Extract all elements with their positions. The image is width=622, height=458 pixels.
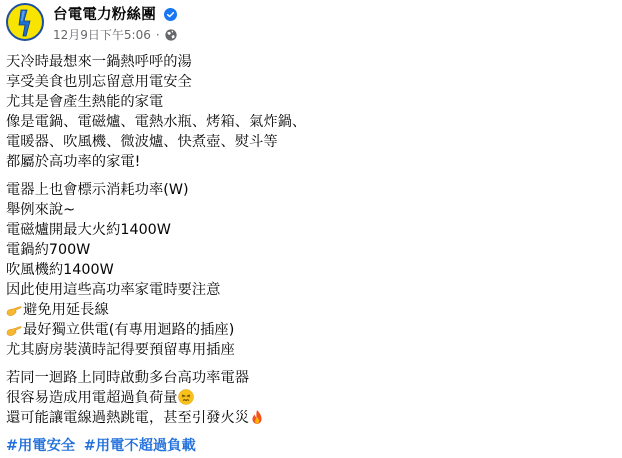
text-line: 吹風機約1400W (6, 260, 606, 280)
fire-emoji-icon (249, 409, 265, 425)
page-name[interactable]: 台電電力粉絲團 (53, 6, 156, 24)
text-line: 若同一迴路上同時啟動多台高功率電器 (6, 368, 606, 388)
lightning-bolt-icon (8, 5, 42, 39)
text-line: 都屬於高功率的家電! (6, 152, 606, 172)
meta-separator: · (156, 27, 160, 43)
text-line: 因此使用這些高功率家電時要注意 (6, 280, 606, 300)
text-line: 電暖器、吹風機、微波爐、快煮壺、熨斗等 (6, 132, 606, 152)
hashtag-link[interactable]: #用電不超過負載 (84, 438, 196, 454)
paragraph-2: 電器上也會標示消耗功率(W) 舉例來說~ 電磁爐開最大火約1400W 電鍋約70… (6, 180, 606, 360)
hashtag-link[interactable]: #用電安全 (6, 438, 75, 454)
post-timestamp[interactable]: 12月9日下午5:06 (53, 27, 151, 43)
text-line: 電器上也會標示消耗功率(W) (6, 180, 606, 200)
text-line: 舉例來說~ (6, 200, 606, 220)
warning-text: 還可能讓電線過熱跳電，甚至引發火災 (6, 410, 249, 426)
text-line: 很容易造成用電超過負荷量 (6, 388, 606, 408)
text-line: 避免用延長線 (6, 300, 606, 320)
paragraph-1: 天冷時最想來一鍋熱呼呼的湯 享受美食也別忘留意用電安全 尤其是會產生熱能的家電 … (6, 52, 606, 172)
text-line: 尤其是會產生熱能的家電 (6, 92, 606, 112)
tip-text: 避免用延長線 (23, 302, 109, 318)
text-line: 最好獨立供電(有專用迴路的插座) (6, 320, 606, 340)
pointing-hand-emoji-icon (6, 301, 22, 317)
facebook-post: 台電電力粉絲團 12月9日下午5:06 · 天冷時最想來一鍋熱呼呼的湯 享受美食… (0, 0, 622, 458)
text-line: 電磁爐開最大火約1400W (6, 220, 606, 240)
text-line: 還可能讓電線過熱跳電，甚至引發火災 (6, 408, 606, 428)
globe-icon (165, 29, 177, 41)
post-meta: 12月9日下午5:06 · (53, 27, 177, 43)
hashtag-list: #用電安全 #用電不超過負載 (6, 436, 606, 456)
text-line: 像是電鍋、電磁爐、電熱水瓶、烤箱、氣炸鍋、 (6, 112, 606, 132)
pointing-hand-emoji-icon (6, 321, 22, 337)
post-body: 天冷時最想來一鍋熱呼呼的湯 享受美食也別忘留意用電安全 尤其是會產生熱能的家電 … (6, 52, 606, 456)
page-avatar[interactable] (6, 3, 44, 41)
warning-text: 很容易造成用電超過負荷量 (6, 390, 178, 406)
persevering-face-emoji-icon (178, 389, 194, 405)
tip-text: 最好獨立供電(有專用迴路的插座) (23, 322, 234, 338)
paragraph-3: 若同一迴路上同時啟動多台高功率電器 很容易造成用電超過負荷量 還可能讓電線過熱跳… (6, 368, 606, 428)
text-line: 天冷時最想來一鍋熱呼呼的湯 (6, 52, 606, 72)
text-line: 電鍋約700W (6, 240, 606, 260)
text-line: 尤其廚房裝潢時記得要預留專用插座 (6, 340, 606, 360)
verified-badge-icon (164, 8, 177, 21)
post-header: 台電電力粉絲團 12月9日下午5:06 · (0, 0, 622, 46)
text-line: 享受美食也別忘留意用電安全 (6, 72, 606, 92)
